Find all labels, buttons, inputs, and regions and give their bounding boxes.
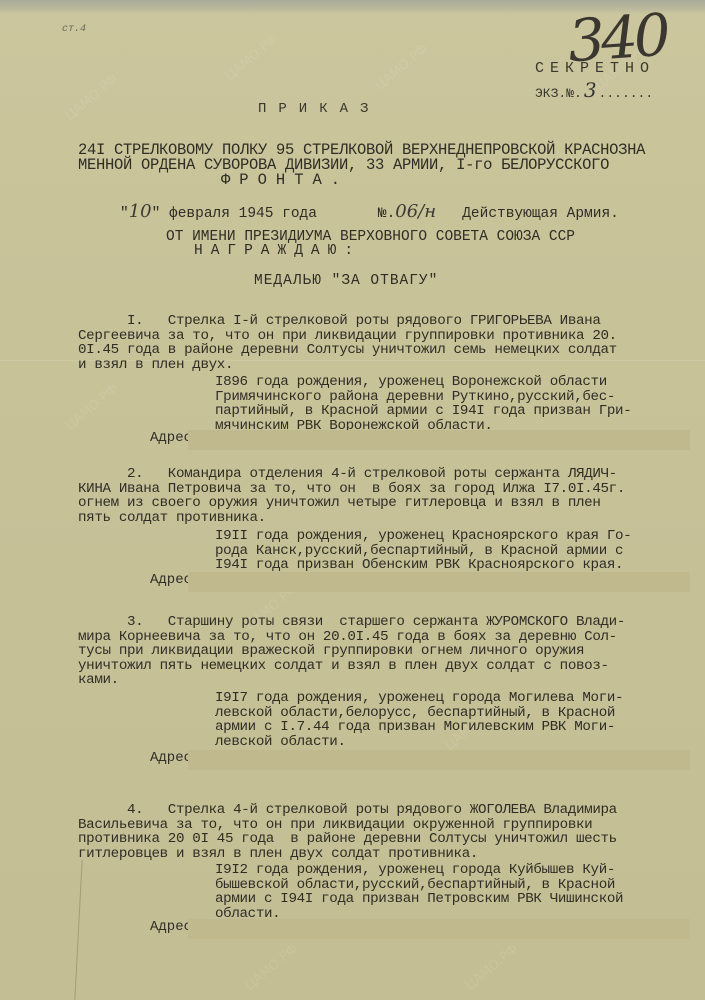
unit-line: ФРОНТА. [78,173,668,188]
award-entry-1: I. Стрелка I-й стрелковой роты рядового … [78,314,688,372]
watermark: ЦАМО.РФ [463,941,521,993]
watermark: ЦАМО.РФ [63,71,121,123]
order-dateline: "10" февраля 1945 года №.06/н Действующа… [120,201,619,222]
award-verb: НАГРАЖДАЮ: [166,244,575,258]
award-entry-2-bio: I9II года рождения, уроженец Красноярско… [215,529,631,573]
copy-number: ЭКЗ.№.3....... [535,78,653,102]
unit-line: МЕННОЙ ОРДЕНА СУВОРОВА ДИВИЗИИ, 33 АРМИИ… [78,158,668,173]
paper-crease [74,860,82,1000]
watermark: ЦАМО.РФ [223,31,281,83]
redacted-address [188,430,690,450]
unit-heading: 24I СТРЕЛКОВОМУ ПОЛКУ 95 СТРЕЛКОВОЙ ВЕРХ… [78,143,668,188]
medal-name: МЕДАЛЬЮ "ЗА ОТВАГУ" [254,273,438,289]
document-page: ЦАМО.РФ ЦАМО.РФ ЦАМО.РФ ЦАМО.РФ ЦАМО.РФ … [0,0,705,1000]
award-entry-3: 3. Старшину роты связи старшего сержанта… [78,615,688,688]
redacted-address [188,750,690,770]
presidium-heading: ОТ ИМЕНИ ПРЕЗИДИУМА ВЕРХОВНОГО СОВЕТА СО… [166,230,575,258]
watermark: ЦАМО.РФ [373,41,431,93]
award-entry-4: 4. Стрелка 4-й стрелковой роты рядового … [78,803,688,861]
pencil-note: ст.4 [62,24,86,35]
presidium-line: ОТ ИМЕНИ ПРЕЗИДИУМА ВЕРХОВНОГО СОВЕТА СО… [166,230,575,244]
date-day: 10 [129,201,152,222]
award-entry-3-bio: I9I7 года рождения, уроженец города Моги… [215,691,623,749]
order-number-label: №. [378,206,395,222]
watermark: ЦАМО.РФ [243,941,301,993]
award-entry-2: 2. Командира отделения 4-й стрелковой ро… [78,467,688,525]
redacted-address [188,572,690,592]
secret-stamp: СЕКРЕТНО [535,60,655,77]
copy-label: ЭКЗ.№. [535,86,582,101]
watermark: ЦАМО.РФ [63,381,121,433]
order-number: 06/н [395,201,436,222]
army-label: Действующая Армия. [462,206,619,222]
award-entry-4-bio: I9I2 года рождения, уроженец города Куйб… [215,863,623,921]
copy-dots: ....... [599,86,654,101]
date-rest: февраля 1945 года [169,206,317,222]
redacted-address [188,919,690,939]
award-entry-1-bio: I896 года рождения, уроженец Воронежской… [215,375,631,433]
copy-number-value: 3 [584,78,597,102]
document-title: ПРИКАЗ [258,101,380,117]
